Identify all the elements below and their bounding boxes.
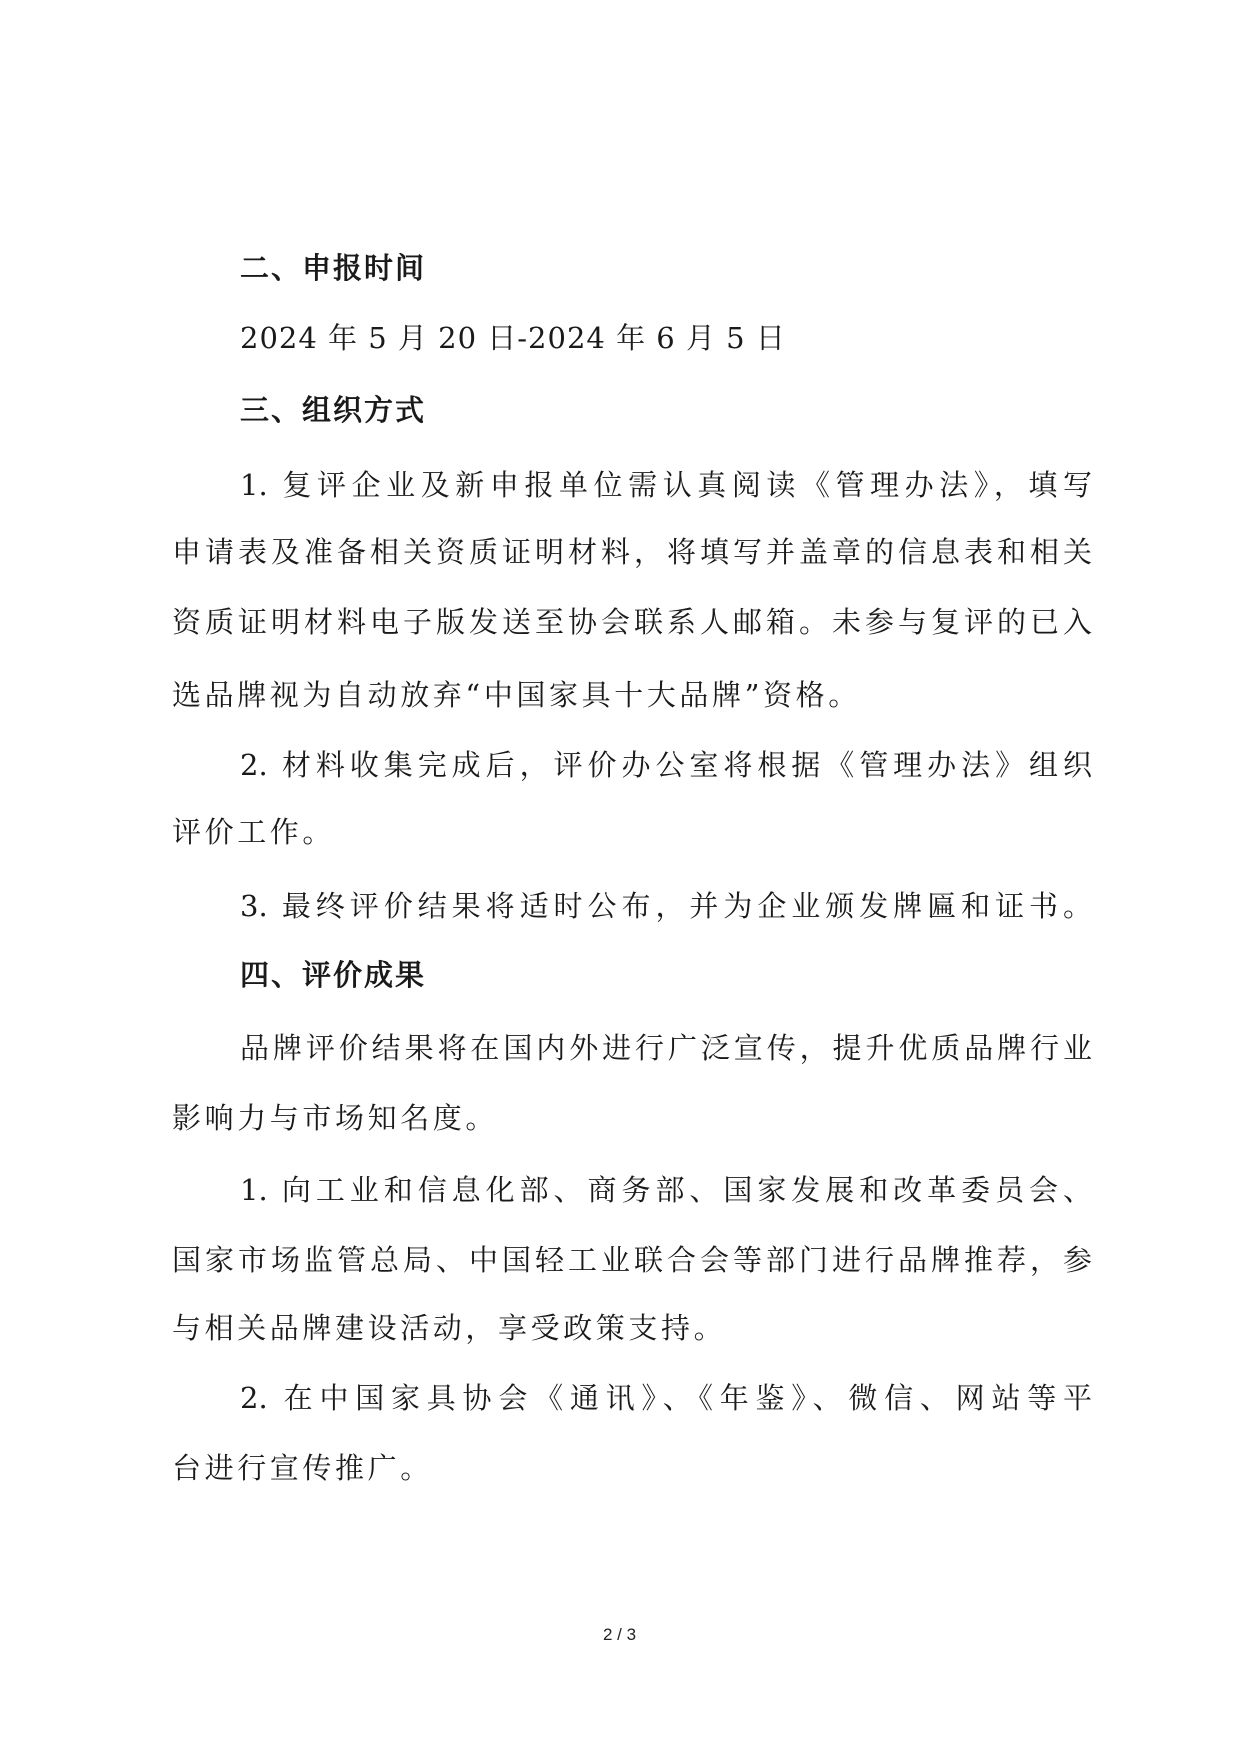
results-intro-line-1: 品牌评价结果将在国内外进行广泛宣传，提升优质品牌行业	[240, 1028, 1092, 1068]
section-heading-evaluation-results: 四、评价成果	[240, 955, 1092, 995]
org-item-1-line-1: 1. 复评企业及新申报单位需认真阅读《管理办法》，填写	[240, 465, 1092, 505]
org-item-2-line-1: 2. 材料收集完成后，评价办公室将根据《管理办法》组织	[240, 745, 1092, 785]
org-item-3-line-1: 3. 最终评价结果将适时公布，并为企业颁发牌匾和证书。	[240, 886, 1092, 926]
org-item-1-line-2: 申请表及准备相关资质证明材料，将填写并盖章的信息表和相关	[172, 532, 1092, 572]
application-date-range: 2024 年 5 月 20 日-2024 年 6 月 5 日	[240, 318, 1092, 358]
section-heading-application-time: 二、申报时间	[240, 248, 1092, 288]
org-item-2-line-2: 评价工作。	[172, 812, 1092, 852]
results-item-2-line-1: 2. 在中国家具协会《通讯》、《年鉴》、微信、网站等平	[240, 1378, 1092, 1418]
results-item-1-line-1: 1. 向工业和信息化部、商务部、国家发展和改革委员会、	[240, 1170, 1092, 1210]
results-item-1-line-3: 与相关品牌建设活动，享受政策支持。	[172, 1308, 1092, 1348]
document-page: 二、申报时间 2024 年 5 月 20 日-2024 年 6 月 5 日 三、…	[0, 0, 1239, 1752]
page-indicator: 2 / 3	[0, 1625, 1239, 1645]
results-item-1-line-2: 国家市场监管总局、中国轻工业联合会等部门进行品牌推荐，参	[172, 1240, 1092, 1280]
org-item-1-line-4: 选品牌视为自动放弃“中国家具十大品牌”资格。	[172, 675, 1092, 715]
results-item-2-line-2: 台进行宣传推广。	[172, 1448, 1092, 1488]
section-heading-organization: 三、组织方式	[240, 390, 1092, 430]
org-item-1-line-3: 资质证明材料电子版发送至协会联系人邮箱。未参与复评的已入	[172, 602, 1092, 642]
results-intro-line-2: 影响力与市场知名度。	[172, 1098, 1092, 1138]
